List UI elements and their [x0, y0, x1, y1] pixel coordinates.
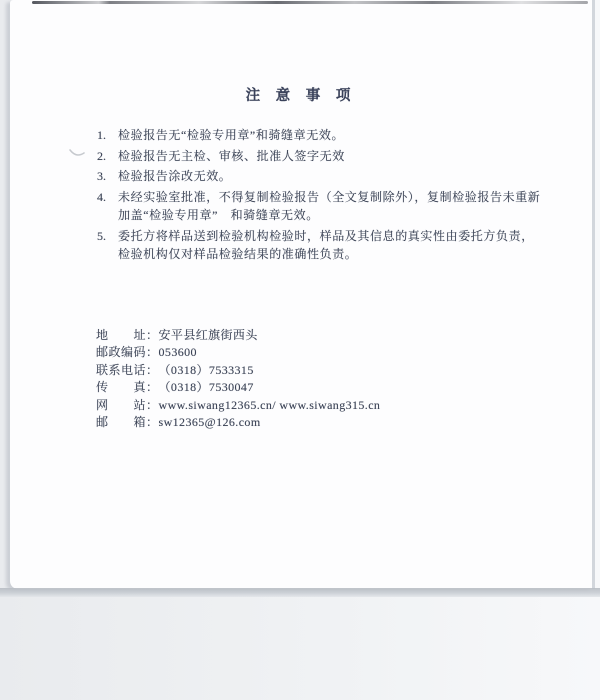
contact-row-postcode: 邮政编码： 053600 [96, 344, 380, 361]
note-item: 1. 检验报告无“检验专用章”和骑缝章无效。 [97, 126, 547, 145]
contact-value: （0318）7530047 [159, 379, 254, 396]
contact-label: 网 站： [96, 397, 159, 414]
page-title: 注 意 事 项 [10, 84, 592, 105]
note-text: 委托方将样品送到检验机构检验时，样品及其信息的真实性由委托方负责， [118, 227, 534, 246]
note-text: 检验报告涂改无效。 [118, 167, 231, 186]
note-item: 3. 检验报告涂改无效。 [97, 167, 547, 186]
contact-value: sw12365@126.com [159, 414, 261, 431]
note-number: 4. [97, 188, 118, 225]
scan-background: 注 意 事 项 1. 检验报告无“检验专用章”和骑缝章无效。 2. 检验报告无主… [0, 0, 600, 700]
pencil-tick-mark [68, 147, 86, 159]
note-item: 5. 委托方将样品送到检验机构检验时，样品及其信息的真实性由委托方负责， 检验机… [97, 227, 547, 264]
note-number: 1. [97, 126, 118, 145]
scanner-edge-artifact [32, 1, 588, 4]
contact-label: 邮 箱： [96, 414, 159, 431]
contact-label: 传 真： [96, 379, 159, 396]
contact-label: 邮政编码： [96, 344, 159, 361]
note-text: 检验报告无主检、审核、批准人签字无效 [118, 147, 345, 166]
note-number: 5. [97, 227, 118, 264]
note-item: 4. 未经实验室批准，不得复制检验报告（全文复制除外），复制检验报告未重新 加盖… [97, 188, 547, 225]
contact-row-address: 地 址： 安平县红旗街西头 [96, 327, 380, 344]
contact-row-email: 邮 箱： sw12365@126.com [96, 414, 380, 431]
note-number: 3. [97, 167, 118, 186]
contact-value: 053600 [159, 344, 197, 361]
contact-value: www.siwang12365.cn/ www.siwang315.cn [159, 397, 381, 414]
contact-row-fax: 传 真： （0318）7530047 [96, 379, 380, 396]
contact-block: 地 址： 安平县红旗街西头 邮政编码： 053600 联系电话： （0318）7… [96, 327, 380, 431]
contact-row-phone: 联系电话： （0318）7533315 [96, 362, 380, 379]
note-text: 加盖“检验专用章” 和骑缝章无效。 [118, 206, 540, 225]
note-text: 未经实验室批准，不得复制检验报告（全文复制除外），复制检验报告未重新 [118, 188, 540, 207]
contact-label: 联系电话： [96, 362, 159, 379]
note-text: 检验机构仅对样品检验结果的准确性负责。 [118, 245, 534, 264]
page-bottom-shadow [0, 588, 600, 597]
contact-value: 安平县红旗街西头 [159, 327, 258, 344]
note-text: 检验报告无“检验专用章”和骑缝章无效。 [118, 126, 344, 145]
note-item: 2. 检验报告无主检、审核、批准人签字无效 [97, 147, 547, 166]
note-number: 2. [97, 147, 118, 166]
notice-list: 1. 检验报告无“检验专用章”和骑缝章无效。 2. 检验报告无主检、审核、批准人… [97, 126, 547, 266]
scanned-page: 注 意 事 项 1. 检验报告无“检验专用章”和骑缝章无效。 2. 检验报告无主… [10, 0, 592, 589]
contact-label: 地 址： [96, 327, 159, 344]
contact-value: （0318）7533315 [159, 362, 254, 379]
contact-row-website: 网 站： www.siwang12365.cn/ www.siwang315.c… [96, 397, 380, 414]
